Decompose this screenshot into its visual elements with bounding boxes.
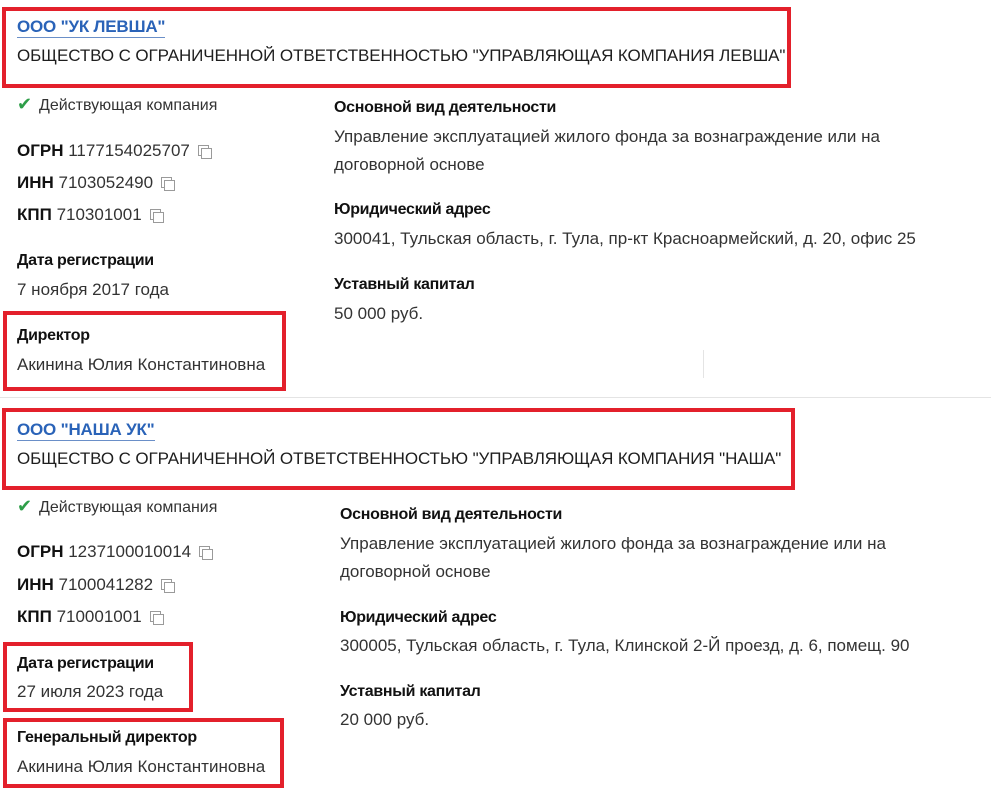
inn-label: ИНН [17,173,54,192]
kpp-row: КПП 710001001 [17,607,163,627]
column-divider [703,350,704,378]
capital-label: Уставный капитал [334,276,475,294]
kpp-label: КПП [17,205,52,224]
inn-label: ИНН [17,575,54,594]
ogrn-label: ОГРН [17,141,63,160]
inn-value: 7100041282 [59,575,154,594]
activity-value: Управление эксплуатацией жилого фонда за… [334,123,934,179]
card-divider [0,397,991,398]
director-value: Акинина Юлия Константиновна [17,355,265,375]
copy-icon[interactable] [161,579,174,592]
ogrn-label: ОГРН [17,542,63,561]
inn-value: 7103052490 [59,173,154,192]
copy-icon[interactable] [198,145,211,158]
company-link[interactable]: ООО "НАША УК" [17,420,155,441]
ogrn-row: ОГРН 1237100010014 [17,542,212,562]
company-full-name: ОБЩЕСТВО С ОГРАНИЧЕННОЙ ОТВЕТСТВЕННОСТЬЮ… [17,46,785,66]
highlight-box-director-1 [3,311,286,391]
status-text: Действующая компания [39,499,217,516]
status-badge: ✔Действующая компания [17,496,217,517]
inn-row: ИНН 7100041282 [17,575,174,595]
director-value: Акинина Юлия Константиновна [17,757,265,777]
registration-label: Дата регистрации [17,252,154,270]
address-value: 300041, Тульская область, г. Тула, пр-кт… [334,229,916,249]
activity-value: Управление эксплуатацией жилого фонда за… [340,530,940,586]
ogrn-row: ОГРН 1177154025707 [17,141,211,161]
inn-row: ИНН 7103052490 [17,173,174,193]
capital-value: 20 000 руб. [340,710,429,730]
kpp-value: 710001001 [57,607,142,626]
copy-icon[interactable] [199,546,212,559]
address-label: Юридический адрес [334,201,490,219]
address-label: Юридический адрес [340,609,496,627]
capital-label: Уставный капитал [340,683,481,701]
copy-icon[interactable] [150,209,163,222]
check-icon: ✔ [17,94,39,115]
company-link[interactable]: ООО "УК ЛЕВША" [17,17,165,38]
director-label: Генеральный директор [17,729,197,747]
check-icon: ✔ [17,496,39,517]
copy-icon[interactable] [150,611,163,624]
registration-value: 7 ноября 2017 года [17,280,169,300]
ogrn-value: 1237100010014 [68,542,191,561]
copy-icon[interactable] [161,177,174,190]
registration-value: 27 июля 2023 года [17,682,163,702]
address-value: 300005, Тульская область, г. Тула, Клинс… [340,636,910,656]
capital-value: 50 000 руб. [334,304,423,324]
status-text: Действующая компания [39,97,217,114]
director-label: Директор [17,327,90,345]
registration-label: Дата регистрации [17,655,154,673]
ogrn-value: 1177154025707 [68,141,190,160]
kpp-value: 710301001 [57,205,142,224]
status-badge: ✔Действующая компания [17,94,217,115]
activity-label: Основной вид деятельности [340,506,562,524]
activity-label: Основной вид деятельности [334,99,556,117]
company-full-name: ОБЩЕСТВО С ОГРАНИЧЕННОЙ ОТВЕТСТВЕННОСТЬЮ… [17,449,781,469]
kpp-row: КПП 710301001 [17,205,163,225]
kpp-label: КПП [17,607,52,626]
